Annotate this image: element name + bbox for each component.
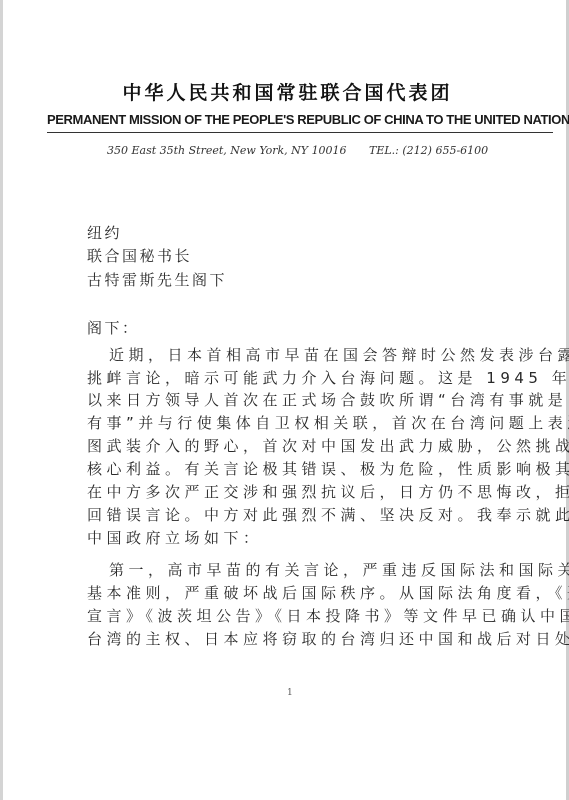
recipient-line-name: 古特雷斯先生阁下: [87, 270, 227, 290]
body-line: 回错误言论。中方对此强烈不满、坚决反对。我奉示就此阐明: [87, 505, 569, 525]
body-line: 第一，高市早苗的有关言论，严重违反国际法和国际关系: [109, 560, 569, 580]
page-number: 1: [287, 688, 293, 698]
recipient-line-title: 联合国秘书长: [87, 246, 192, 266]
body-line: 中国政府立场如下：: [87, 528, 263, 548]
body-line: 台湾的主权、日本应将窃取的台湾归还中国和战后对日处置原: [87, 629, 569, 649]
recipient-line-city: 纽约: [87, 223, 122, 243]
body-line: 图武装介入的野心，首次对中国发出武力威胁，公然挑战中方: [87, 436, 569, 456]
letterhead-title-english: PERMANENT MISSION OF THE PEOPLE'S REPUBL…: [47, 111, 555, 129]
letterhead-telephone: TEL.: (212) 655-6100: [369, 143, 488, 159]
salutation: 阁下：: [87, 318, 140, 338]
letterhead-title-chinese: 中华人民共和国常驻联合国代表团: [3, 80, 569, 106]
letterhead-address: 350 East 35th Street, New York, NY 10016: [107, 143, 347, 159]
letterhead-divider: [47, 132, 553, 133]
body-line: 挑衅言论，暗示可能武力介入台海问题。这是 1945 年日本战败: [87, 368, 569, 388]
body-line: 核心利益。有关言论极其错误、极为危险，性质影响极其恶劣。: [87, 459, 569, 479]
letter-page: 中华人民共和国常驻联合国代表团 PERMANENT MISSION OF THE…: [0, 0, 569, 800]
body-line: 有事”并与行使集体自卫权相关联，首次在台湾问题上表达试: [87, 413, 569, 433]
body-line: 以来日方领导人首次在正式场合鼓吹所谓“台湾有事就是日本: [87, 390, 569, 410]
body-line: 宣言》《波茨坦公告》《日本投降书》等文件早已确认中国对: [87, 606, 569, 626]
body-line: 近期，日本首相高市早苗在国会答辩时公然发表涉台露骨: [109, 345, 569, 365]
body-line: 基本准则，严重破坏战后国际秩序。从国际法角度看，《开罗: [87, 583, 569, 603]
body-line: 在中方多次严正交涉和强烈抗议后，日方仍不思悔改，拒不撤: [87, 482, 569, 502]
